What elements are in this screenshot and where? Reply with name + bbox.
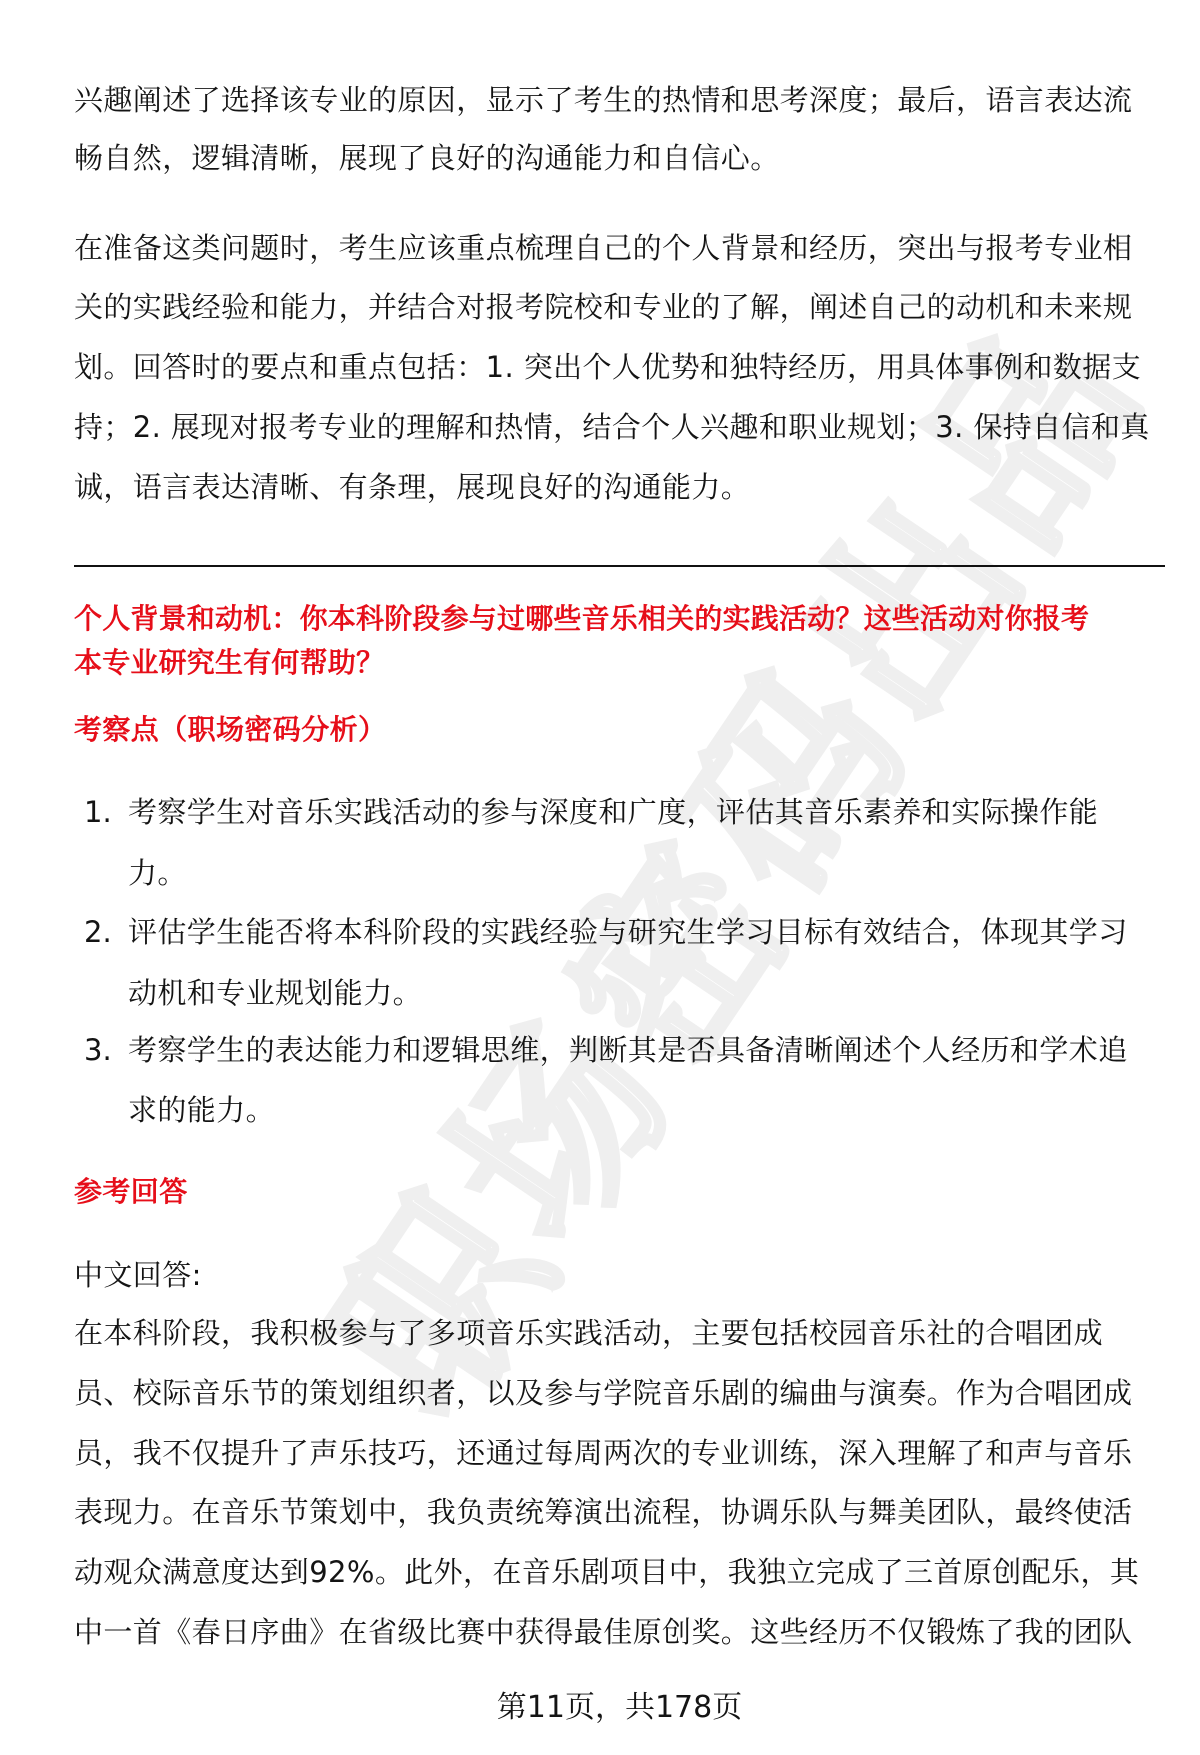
list-item-line: 评估学生能否将本科阶段的实践经验与研究生学习目标有效结合，体现其学习 bbox=[128, 914, 1128, 950]
paragraph-line: 诚，语言表达清晰、有条理，展现良好的沟通能力。 bbox=[74, 469, 750, 505]
list-item-line: 考察学生的表达能力和逻辑思维，判断其是否具备清晰阐述个人经历和学术追 bbox=[128, 1032, 1128, 1068]
answer-line: 表现力。在音乐节策划中，我负责统筹演出流程，协调乐队与舞美团队，最终使活 bbox=[74, 1494, 1132, 1530]
list-item-line: 求的能力。 bbox=[128, 1092, 275, 1128]
paragraph-line: 持；2. 展现对报考专业的理解和热情，结合个人兴趣和职业规划；3. 保持自信和真 bbox=[74, 409, 1150, 445]
list-item-line: 动机和专业规划能力。 bbox=[128, 975, 422, 1011]
page-indicator: 第11页，共178页 bbox=[74, 1690, 1165, 1726]
answer-line: 员，我不仅提升了声乐技巧，还通过每周两次的专业训练，深入理解了和声与音乐 bbox=[74, 1435, 1132, 1471]
list-number: 1. bbox=[84, 794, 112, 830]
paragraph-line: 畅自然，逻辑清晰，展现了良好的沟通能力和自信心。 bbox=[74, 140, 780, 176]
answer-line: 动观众满意度达到92%。此外，在音乐剧项目中，我独立完成了三首原创配乐，其 bbox=[74, 1554, 1139, 1590]
analysis-heading: 考察点（职场密码分析） bbox=[74, 712, 386, 748]
answer-line: 中一首《春日序曲》在省级比赛中获得最佳原创奖。这些经历不仅锻炼了我的团队 bbox=[74, 1614, 1132, 1650]
answer-line: 在本科阶段，我积极参与了多项音乐实践活动，主要包括校园音乐社的合唱团成 bbox=[74, 1315, 1103, 1351]
answer-heading: 参考回答 bbox=[74, 1174, 188, 1210]
list-number: 2. bbox=[84, 914, 112, 950]
list-item-line: 考察学生对音乐实践活动的参与深度和广度，评估其音乐素养和实际操作能 bbox=[128, 794, 1098, 830]
paragraph-line: 划。回答时的要点和重点包括：1. 突出个人优势和独特经历，用具体事例和数据支 bbox=[74, 349, 1141, 385]
question-heading-line: 个人背景和动机：你本科阶段参与过哪些音乐相关的实践活动？这些活动对你报考 bbox=[74, 601, 1089, 637]
paragraph-line: 关的实践经验和能力，并结合对报考院校和专业的了解，阐述自己的动机和未来规 bbox=[74, 289, 1132, 325]
answer-label: 中文回答: bbox=[74, 1257, 202, 1293]
list-item-line: 力。 bbox=[128, 855, 187, 891]
paragraph-line: 兴趣阐述了选择该专业的原因，显示了考生的热情和思考深度；最后，语言表达流 bbox=[74, 82, 1132, 118]
section-divider bbox=[74, 565, 1165, 567]
paragraph-line: 在准备这类问题时，考生应该重点梳理自己的个人背景和经历，突出与报考专业相 bbox=[74, 230, 1132, 266]
question-heading-line: 本专业研究生有何帮助？ bbox=[74, 645, 384, 681]
answer-line: 员、校际音乐节的策划组织者，以及参与学院音乐剧的编曲与演奏。作为合唱团成 bbox=[74, 1375, 1132, 1411]
list-number: 3. bbox=[84, 1032, 112, 1068]
